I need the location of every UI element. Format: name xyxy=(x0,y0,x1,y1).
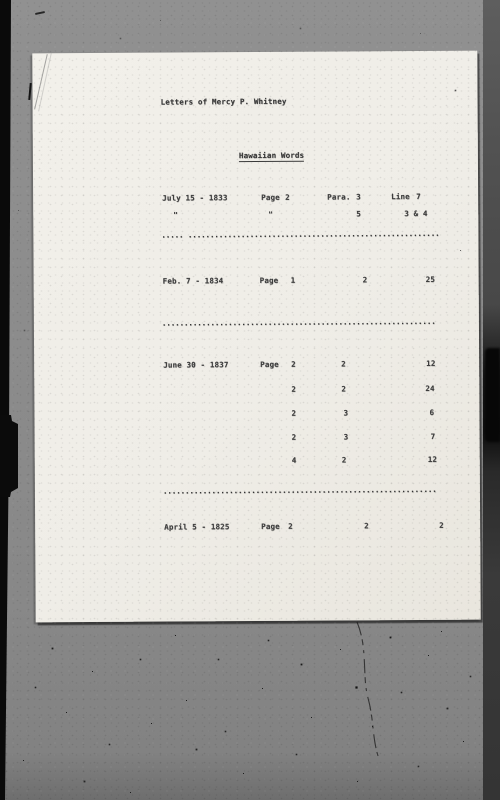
page-label: Page xyxy=(261,193,280,202)
dotted-separator: ........................................… xyxy=(163,485,437,496)
entry-date: Feb. 7 - 1834 xyxy=(163,276,224,285)
page-number: 1 xyxy=(291,276,296,285)
line-number: 7 xyxy=(416,192,421,201)
table-row: June 30 - 1837 Page 2 2 12 xyxy=(32,51,477,54)
entry-date-ditto: " xyxy=(173,210,178,219)
table-row: 4 2 12 xyxy=(32,51,477,54)
document-title: Letters of Mercy P. Whitney xyxy=(161,97,287,107)
para-number: 2 xyxy=(364,521,369,530)
line-number: 12 xyxy=(426,359,435,368)
entry-date: July 15 - 1833 xyxy=(162,193,227,202)
para-number: 3 xyxy=(343,408,348,417)
line-number: 7 xyxy=(431,432,436,441)
table-row: April 5 - 1825 Page 2 2 2 xyxy=(32,51,477,54)
para-number: 3 xyxy=(356,192,361,201)
line-number: 25 xyxy=(426,275,435,284)
para-number: 5 xyxy=(356,209,361,218)
right-film-blob xyxy=(485,348,500,442)
table-row: Feb. 7 - 1834 Page 1 2 25 xyxy=(32,51,477,54)
page-number: 2 xyxy=(291,385,296,394)
line-number: 6 xyxy=(429,408,434,417)
table-row: " " 5 3 & 4 xyxy=(32,51,477,54)
para-number: 2 xyxy=(342,455,347,464)
line-number: 24 xyxy=(425,384,434,393)
section-heading: Hawaiian Words xyxy=(239,151,304,162)
page-number: 2 xyxy=(291,360,296,369)
para-number: 2 xyxy=(341,359,346,368)
pen-mark xyxy=(28,83,31,100)
para-number: 2 xyxy=(363,275,368,284)
left-film-edge xyxy=(0,0,12,800)
entry-date: April 5 - 1825 xyxy=(164,522,229,531)
dotted-separator: ..... ..................................… xyxy=(161,229,439,240)
page-label: Page xyxy=(260,360,279,369)
page-label: Page xyxy=(261,522,280,531)
table-row: July 15 - 1833 Page 2 Para. 3 Line 7 xyxy=(32,51,477,54)
left-film-tab xyxy=(0,415,18,497)
table-row: 2 3 7 xyxy=(32,51,477,54)
line-number: 3 & 4 xyxy=(404,209,427,218)
page-label: Page xyxy=(260,276,279,285)
table-row: 2 2 24 xyxy=(32,51,477,54)
scratch-dash-icon xyxy=(35,11,45,15)
page-number: 2 xyxy=(292,433,297,442)
dotted-separator: ........................................… xyxy=(162,317,436,328)
page-fold-crease-icon xyxy=(32,53,62,123)
scanned-page: Letters of Mercy P. Whitney Hawaiian Wor… xyxy=(32,51,480,623)
page-number-ditto: " xyxy=(268,210,273,219)
table-row: 2 3 6 xyxy=(32,51,477,54)
page-number: 2 xyxy=(288,522,293,531)
entry-date: June 30 - 1837 xyxy=(163,360,228,369)
para-label: Para. xyxy=(327,192,350,201)
para-number: 2 xyxy=(341,384,346,393)
scanned-photo-frame: Letters of Mercy P. Whitney Hawaiian Wor… xyxy=(0,0,500,800)
line-label: Line xyxy=(391,192,410,201)
line-number: 12 xyxy=(428,455,437,464)
hair-scratch-icon xyxy=(338,614,398,764)
line-number: 2 xyxy=(439,521,444,530)
para-number: 3 xyxy=(344,432,349,441)
page-number: 2 xyxy=(291,409,296,418)
page-number: 4 xyxy=(292,456,297,465)
page-number: 2 xyxy=(285,193,290,202)
